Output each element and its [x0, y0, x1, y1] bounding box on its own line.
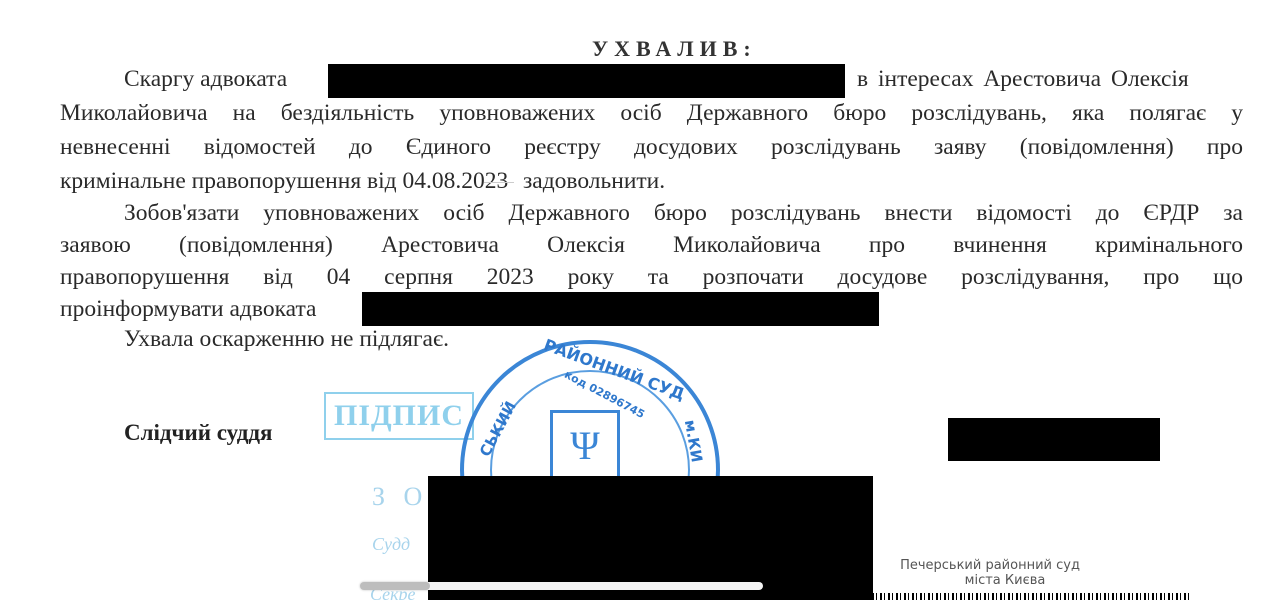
footer-court-name: Печерський районний суд міста Києва: [880, 558, 1100, 588]
faded-stamp-line2: Судд: [372, 534, 410, 555]
box-stamp-text: ПІДПИС: [334, 399, 464, 433]
faded-stamp-line1: З О: [372, 482, 428, 512]
p1-line1-end: в інтересах Арестовича Олексія: [857, 66, 1243, 93]
p3-not-appealable: Ухвала оскарженню не підлягає.: [124, 326, 449, 353]
redacted-attorney-name-2: [362, 292, 879, 326]
p1-line1-start: Скаргу адвоката: [124, 66, 287, 93]
p1-line4-end: задовольнити.: [523, 168, 665, 195]
barcode: [872, 593, 1192, 600]
p2-line4-start: проінформувати адвоката: [60, 296, 316, 323]
p2-line3: правопорушення від 04 серпня 2023 року т…: [60, 264, 1243, 291]
p1-line3: невнесенні відомостей до Єдиного реєстру…: [60, 134, 1243, 161]
p2-line1: Зобов'язати уповноважених осіб Державног…: [124, 200, 1243, 227]
dash-separator: [484, 182, 514, 183]
scrollbar-thumb[interactable]: [360, 582, 430, 590]
p2-line2: заявою (повідомлення) Арестовича Олексія…: [60, 232, 1243, 259]
p1-line2: Миколайовича на бездіяльність уповноваже…: [60, 100, 1243, 127]
signature-box-stamp: ПІДПИС: [324, 392, 474, 440]
horizontal-scrollbar[interactable]: [360, 582, 763, 590]
p1-line4-start: кримінальне правопорушення від 04.08.202…: [60, 168, 508, 195]
redacted-attorney-name-1: [328, 64, 845, 98]
signature-label: Слідчий суддя: [124, 420, 272, 446]
coat-of-arms-trident-icon: Ψ: [550, 410, 620, 480]
redacted-judge-name: [948, 418, 1160, 461]
decision-heading: УХВАЛИВ:: [592, 36, 757, 62]
footer-court-line2: міста Києва: [880, 573, 1100, 588]
footer-court-line1: Печерський районний суд: [880, 558, 1100, 573]
